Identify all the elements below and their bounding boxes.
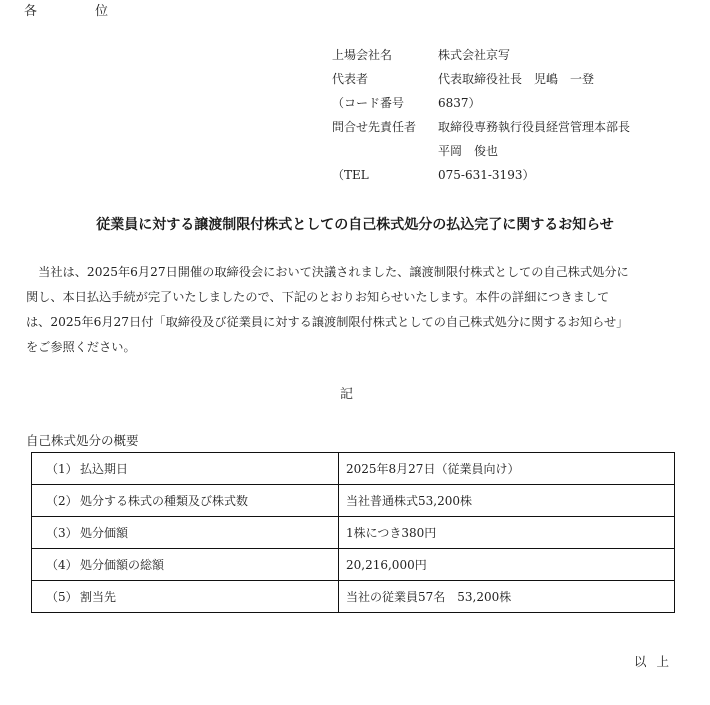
row-label: 払込期日 bbox=[80, 462, 128, 476]
company-info-value: 取締役専務執行役員経営管理本部長 bbox=[438, 118, 630, 142]
row-label: 割当先 bbox=[80, 590, 116, 604]
company-info-value: 平岡 俊也 bbox=[438, 142, 498, 166]
company-info-value: 075-631-3193） bbox=[438, 166, 534, 190]
closing-mark: 以上 bbox=[634, 652, 669, 670]
company-info-value: 6837） bbox=[438, 94, 481, 118]
company-info-row: （コード番号 6837） bbox=[332, 94, 630, 118]
row-label: 処分価額の総額 bbox=[80, 558, 164, 572]
table-row: （5）割当先 当社の従業員57名 53,200株 bbox=[32, 581, 675, 613]
table-row: （3）処分価額 1株につき380円 bbox=[32, 517, 675, 549]
table-row: （1）払込期日 2025年8月27日（従業員向け） bbox=[32, 453, 675, 485]
row-label-cell: （2）処分する株式の種類及び株式数 bbox=[32, 485, 339, 517]
addressee-char-2: 位 bbox=[95, 0, 108, 19]
addressee-char-1: 各 bbox=[24, 0, 37, 19]
row-label: 処分価額 bbox=[80, 526, 128, 540]
company-info-key: 代表者 bbox=[332, 70, 438, 94]
body-line: は、2025年6月27日付「取締役及び従業員に対する譲渡制限付株式としての自己株… bbox=[26, 310, 676, 335]
row-label-cell: （1）払込期日 bbox=[32, 453, 339, 485]
company-info-key: （コード番号 bbox=[332, 94, 438, 118]
body-line: をご参照ください。 bbox=[26, 335, 676, 360]
row-label: 処分する株式の種類及び株式数 bbox=[80, 494, 248, 508]
company-info-block: 上場会社名 株式会社京写 代表者 代表取締役社長 児嶋 一登 （コード番号 68… bbox=[332, 46, 630, 190]
company-info-value: 株式会社京写 bbox=[438, 46, 510, 70]
addressee: 各位 bbox=[24, 0, 108, 19]
row-value: 20,216,000円 bbox=[339, 549, 675, 581]
section-title: 自己株式処分の概要 bbox=[26, 431, 139, 449]
row-label-cell: （3）処分価額 bbox=[32, 517, 339, 549]
row-value: 2025年8月27日（従業員向け） bbox=[339, 453, 675, 485]
company-info-key: （TEL bbox=[332, 166, 438, 190]
row-label-cell: （5）割当先 bbox=[32, 581, 339, 613]
closing-char-2: 上 bbox=[657, 654, 670, 669]
table-row: （4）処分価額の総額 20,216,000円 bbox=[32, 549, 675, 581]
closing-char-1: 以 bbox=[634, 654, 647, 669]
row-value: 当社普通株式53,200株 bbox=[339, 485, 675, 517]
document-title: 従業員に対する譲渡制限付株式としての自己株式処分の払込完了に関するお知らせ bbox=[0, 214, 710, 234]
table-row: （2）処分する株式の種類及び株式数 当社普通株式53,200株 bbox=[32, 485, 675, 517]
body-paragraph: 当社は、2025年6月27日開催の取締役会において決議されました、譲渡制限付株式… bbox=[26, 260, 676, 360]
row-label-cell: （4）処分価額の総額 bbox=[32, 549, 339, 581]
row-value: 当社の従業員57名 53,200株 bbox=[339, 581, 675, 613]
company-info-key bbox=[332, 142, 438, 166]
company-info-row: 代表者 代表取締役社長 児嶋 一登 bbox=[332, 70, 630, 94]
company-info-row: 上場会社名 株式会社京写 bbox=[332, 46, 630, 70]
ki-heading: 記 bbox=[340, 383, 353, 402]
company-info-row: 問合せ先責任者 取締役専務執行役員経営管理本部長 bbox=[332, 118, 630, 142]
row-number: （3） bbox=[46, 524, 80, 541]
company-info-key: 上場会社名 bbox=[332, 46, 438, 70]
body-line: 当社は、2025年6月27日開催の取締役会において決議されました、譲渡制限付株式… bbox=[26, 260, 676, 285]
company-info-value: 代表取締役社長 児嶋 一登 bbox=[438, 70, 594, 94]
row-number: （5） bbox=[46, 588, 80, 605]
company-info-row: 平岡 俊也 bbox=[332, 142, 630, 166]
company-info-key: 問合せ先責任者 bbox=[332, 118, 438, 142]
row-number: （2） bbox=[46, 492, 80, 509]
row-number: （4） bbox=[46, 556, 80, 573]
company-info-row: （TEL 075-631-3193） bbox=[332, 166, 630, 190]
row-number: （1） bbox=[46, 460, 80, 477]
body-line: 関し、本日払込手続が完了いたしましたので、下記のとおりお知らせいたします。本件の… bbox=[26, 285, 676, 310]
row-value: 1株につき380円 bbox=[339, 517, 675, 549]
summary-table: （1）払込期日 2025年8月27日（従業員向け） （2）処分する株式の種類及び… bbox=[31, 452, 675, 613]
